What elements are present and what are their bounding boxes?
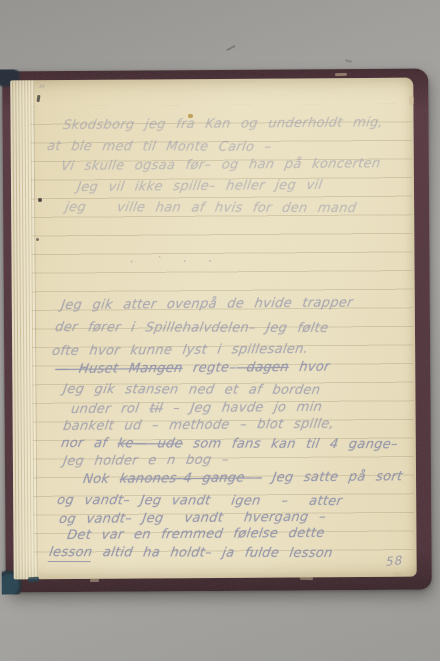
manuscript-line: og vandt– Jeg vandt igen – atter xyxy=(56,494,343,509)
manuscript-line: jeg ville han af hvis for den mand xyxy=(64,201,357,216)
manuscript-line: Jeg holder e n bog – xyxy=(62,454,230,469)
manuscript-line: under rol til – Jeg havde jo min xyxy=(70,401,323,417)
manuscript-line: der fører i Spillehalvdelen– Jeg følte xyxy=(54,321,329,336)
manuscript-line: · ˙ · · xyxy=(128,255,213,270)
manuscript-line: lesson altid ha holdt– ja fulde lesson xyxy=(48,546,334,561)
manuscript-line: Nok kanones–4 gange – Jeg satte på sort xyxy=(82,470,403,487)
manuscript-line: bankelt ud – methode – blot spille, xyxy=(62,418,335,434)
manuscript-line: og vandt– Jeg vandt hvergang – xyxy=(58,511,327,527)
manuscript-line: Jeg vil ikke spille– heller jeg vil xyxy=(76,179,323,195)
manuscript-line: Jeg gik atter ovenpå de hvide trapper xyxy=(60,296,354,313)
notebook-photograph: “Skodsborg jeg fra Kan og underholdt mig… xyxy=(0,0,440,661)
page-number: 58 xyxy=(386,553,403,569)
manuscript-line: nor af ke— ude som fans kan til 4 gange– xyxy=(60,437,399,452)
manuscript-line: ofte hvor kunne lyst i spillesalen. xyxy=(51,343,309,359)
manuscript-line: — Huset Mangen regte– dagen hvor xyxy=(54,361,331,377)
manuscript-line: Vi skulle ogsaa før– og han på koncerten xyxy=(60,157,381,174)
manuscript-line: Jeg gik stansen ned et af borden xyxy=(62,383,321,398)
manuscript-line: Det var en fremmed følelse dette xyxy=(66,527,326,543)
manuscript-line: at ble med til Monte Carlo – xyxy=(46,140,272,155)
manuscript-line: “ xyxy=(36,84,45,98)
handwriting-layer: “Skodsborg jeg fra Kan og underholdt mig… xyxy=(0,0,440,661)
manuscript-line: Skodsborg jeg fra Kan og underholdt mig, xyxy=(62,116,384,133)
